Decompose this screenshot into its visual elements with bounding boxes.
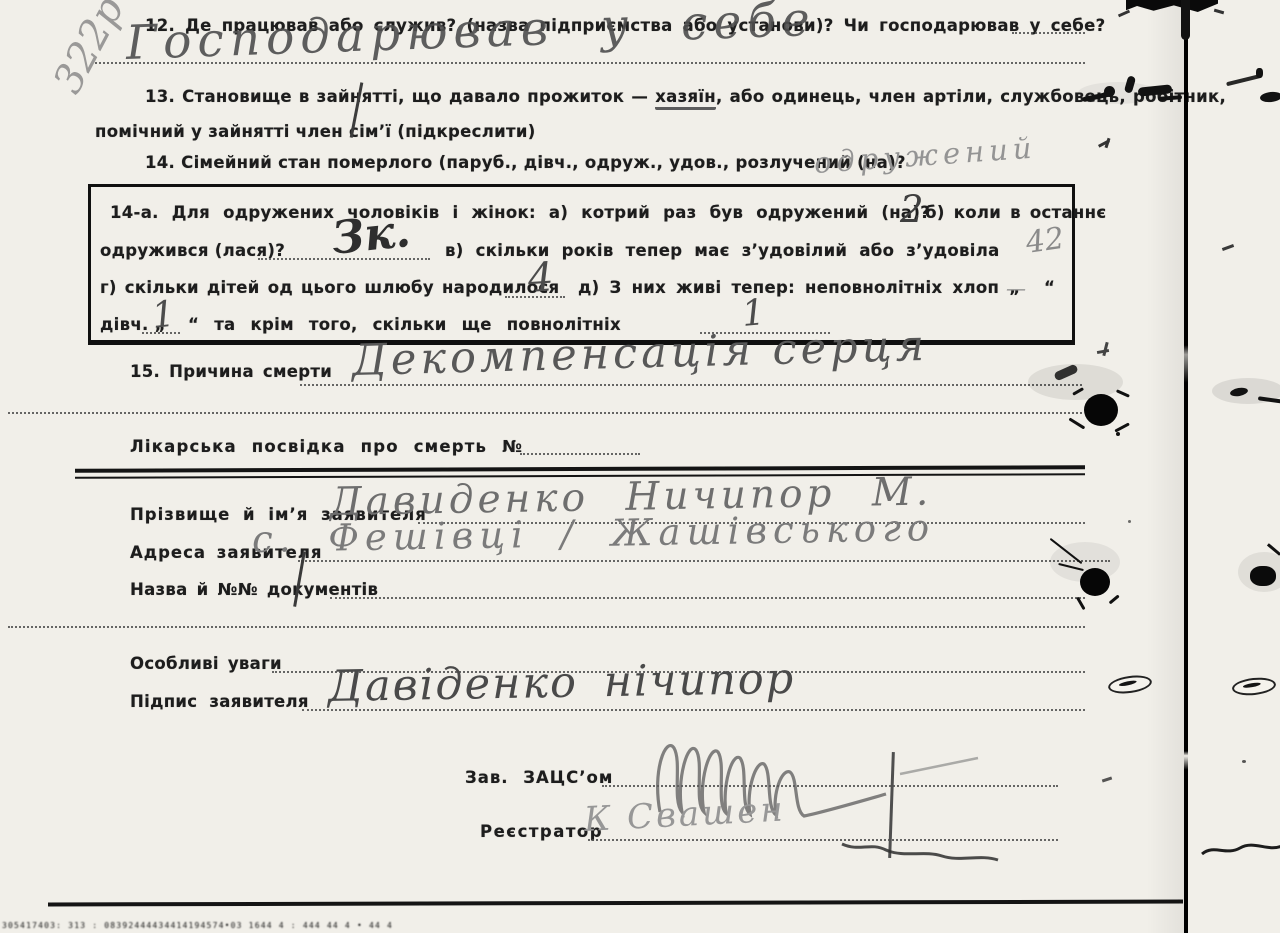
- question-15-label: 15. Причина смерти: [130, 362, 332, 381]
- answer-minor-boys-handwriting: —: [1006, 276, 1026, 300]
- dotted-line: [8, 412, 1082, 414]
- speck: [1102, 777, 1112, 783]
- question-13-line1: 13. Становище в зайнятті, що давало прож…: [145, 87, 1226, 106]
- ink-mark: [1260, 91, 1280, 103]
- speck: [1116, 432, 1120, 436]
- question-13-line2: помічний у зайнятті член сім’ї (підкресл…: [95, 122, 536, 141]
- horizontal-rule: [75, 465, 1085, 473]
- question-14a-line1a: 14-а. Для одружених чоловіків і жінок: а…: [110, 203, 930, 222]
- zags-head-label: Зав. ЗАЦС’ом: [465, 768, 613, 787]
- margin-note-handwriting: 322р: [45, 0, 133, 101]
- question-13-underlined-word: хазяїн: [655, 87, 716, 110]
- scanned-death-record-form: 12. Де працював або служив? (назва підпр…: [0, 0, 1280, 933]
- ink-mark: [1104, 86, 1115, 97]
- ink-mark: [1250, 566, 1276, 586]
- question-14-label: 14. Сімейний стан померлого (паруб., дів…: [145, 153, 906, 172]
- question-14a-line3b: д) З них живі тепер: неповнолітніх хлоп …: [578, 278, 1020, 297]
- dotted-line: [8, 626, 1085, 628]
- page-fold-line: [1184, 0, 1188, 933]
- dotted-line: [95, 62, 1085, 64]
- dotted-line: [520, 453, 640, 455]
- ink-mark: [1256, 68, 1263, 78]
- medical-certificate-label: Лікарська посвідка про смерть №: [130, 437, 523, 456]
- pencil-tick: [1222, 244, 1234, 251]
- answer-minor-girls-handwriting: 1: [150, 294, 177, 337]
- fold-shadow: [1146, 0, 1184, 933]
- ink-squiggle: [1200, 836, 1280, 862]
- worm-hole: [1231, 676, 1277, 698]
- answer-marriage-date-handwriting: Зк.: [329, 204, 413, 265]
- registrar-signature-tail: [840, 836, 1030, 866]
- speck: [1128, 520, 1131, 523]
- pencil-tick: [1214, 9, 1224, 15]
- fold-top-blob: [1181, 0, 1190, 40]
- answer-spouse-age-handwriting: 42: [1024, 221, 1067, 261]
- question-13-pre: 13. Становище в зайнятті, що давало прож…: [145, 87, 655, 106]
- question-14a-line3c: “: [1044, 278, 1055, 297]
- special-remarks-label: Особливі уваги: [130, 654, 282, 673]
- applicant-signature-handwriting: Давіденко нічипор: [328, 654, 796, 712]
- dotted-line: [298, 560, 1110, 562]
- question-14a-line1b: б) коли в останнє: [925, 203, 1106, 222]
- speck: [1242, 760, 1246, 763]
- question-12-answer-handwriting: Господарював у себе: [125, 0, 817, 71]
- registrar-signature-handwriting: К Свашен: [583, 789, 787, 840]
- question-14-answer-handwriting: одружений: [813, 130, 1038, 179]
- pencil-tick: [1118, 10, 1130, 18]
- answer-children-born-handwriting: 4: [526, 254, 555, 302]
- answer-marriage-times-handwriting: 2: [900, 188, 924, 231]
- cutoff-text-artifact: 305417403: 313 : 08392444434414194574•03…: [2, 921, 393, 930]
- dotted-line: [330, 597, 1085, 599]
- dotted-line: [1012, 32, 1085, 34]
- applicant-signature-label: Підпис заявителя: [130, 692, 309, 711]
- bottom-rule: [48, 900, 1183, 907]
- pencil-tick: [1105, 138, 1111, 148]
